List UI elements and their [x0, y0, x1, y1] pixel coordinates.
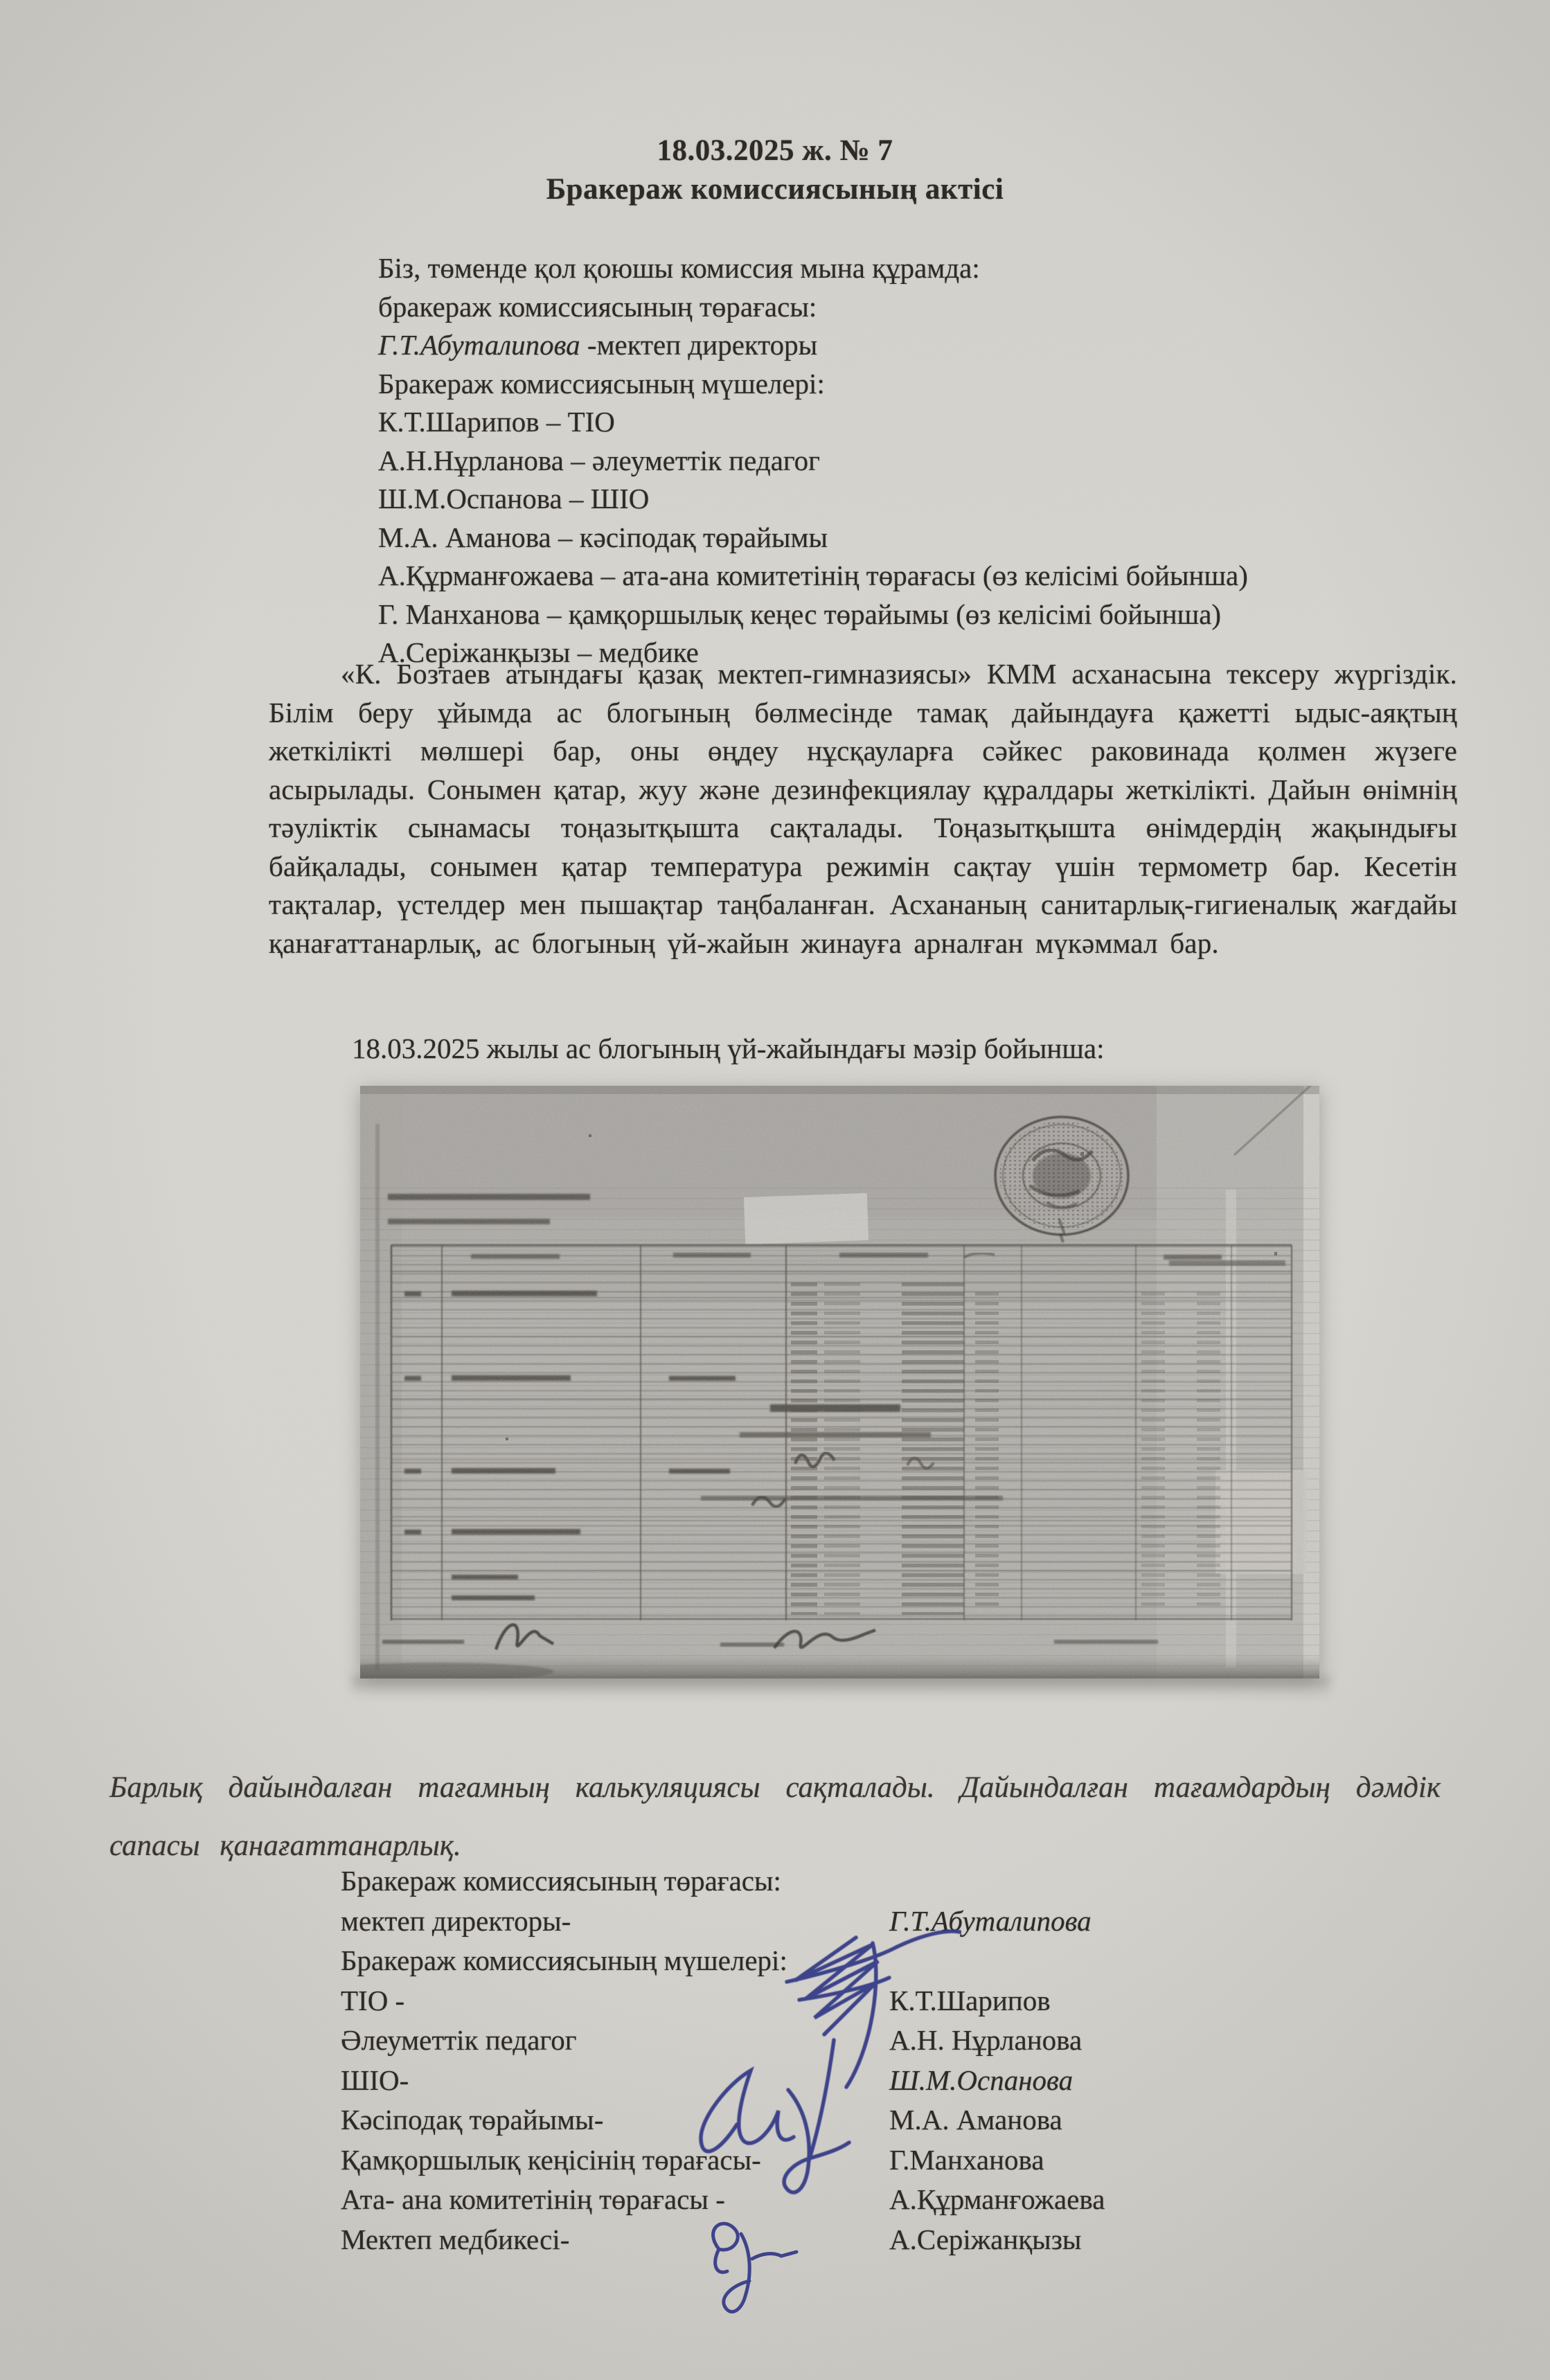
- signature-row: Кәсіподақ төрайымы-М.А. Аманова: [341, 2103, 1283, 2143]
- chair-heading: бракераж комиссиясының төрағасы:: [378, 288, 1459, 327]
- member-line: А.Н.Нұрланова – әлеуметтік педагог: [378, 442, 1459, 481]
- scan-drop-shadow: [352, 1676, 1330, 1697]
- role-label: Қамқоршылық кеңісінің төрағасы-: [341, 2144, 761, 2176]
- signature-row: ТІО -К.Т.Шарипов: [341, 1984, 1283, 2024]
- signature-row: Мектеп медбикесі-А.Серіжанқызы: [341, 2223, 1283, 2263]
- role-label: Бракераж комиссиясының мүшелері:: [341, 1944, 787, 1976]
- chair-role: -мектеп директоры: [580, 329, 818, 361]
- signer-name: А.Серіжанқызы: [889, 2223, 1081, 2256]
- signature-row: мектеп директоры-Г.Т.Абуталипова: [341, 1904, 1283, 1944]
- role-label: ШІО-: [341, 2064, 409, 2096]
- signer-name: А.Құрманғожаева: [889, 2183, 1105, 2216]
- member-line: А.Құрманғожаева – ата-ана комитетінің тө…: [378, 557, 1459, 596]
- role-label: Кәсіподақ төрайымы-: [341, 2104, 603, 2136]
- scan-noise: [360, 1086, 1319, 1679]
- document-date-number: 18.03.2025 ж. № 7: [0, 132, 1550, 170]
- document-header: 18.03.2025 ж. № 7 Бракераж комиссиясының…: [0, 132, 1550, 209]
- signer-name: А.Н. Нұрланова: [889, 2023, 1082, 2057]
- signature-row: Бракераж комиссиясының төрағасы:: [341, 1864, 1283, 1904]
- signature-row: ШІО-Ш.М.Оспанова: [341, 2064, 1283, 2104]
- signer-name: К.Т.Шарипов: [889, 1984, 1051, 2017]
- member-line: К.Т.Шарипов – ТІО: [378, 403, 1459, 442]
- role-label: Мектеп медбикесі-: [341, 2224, 569, 2255]
- chair-name: Г.Т.Абуталипова: [378, 329, 580, 361]
- role-label: Әлеуметтік педагог: [341, 2024, 577, 2056]
- document-title: Бракераж комиссиясының актісі: [0, 170, 1550, 209]
- signature-row: Әлеуметтік педагогА.Н. Нұрланова: [341, 2023, 1283, 2064]
- member-line: М.А. Аманова – кәсіподақ төрайымы: [378, 519, 1459, 557]
- signer-name: Г.Манханова: [889, 2143, 1044, 2176]
- inspection-paragraph: «К. Бозтаев атындағы қазақ мектеп-гимназ…: [269, 655, 1457, 963]
- scanned-menu-document: [360, 1086, 1319, 1679]
- role-label: Ата- ана комитетінің төрағасы -: [341, 2183, 725, 2215]
- member-line: Ш.М.Оспанова – ШІО: [378, 480, 1459, 519]
- members-heading: Бракераж комиссиясының мүшелері:: [378, 365, 1459, 404]
- signer-name: М.А. Аманова: [889, 2103, 1062, 2136]
- signature-row: Қамқоршылық кеңісінің төрағасы-Г.Манхано…: [341, 2143, 1283, 2183]
- signature-row: Ата- ана комитетінің төрағасы -А.Құрманғ…: [341, 2183, 1283, 2223]
- scanned-menu-image: [360, 1086, 1319, 1679]
- role-label: Бракераж комиссиясының төрағасы:: [341, 1865, 781, 1897]
- signer-name: Ш.М.Оспанова: [889, 2064, 1073, 2097]
- opening-line: Біз, төменде қол қоюшы комиссия мына құр…: [378, 249, 1459, 288]
- signature-row: Бракераж комиссиясының мүшелері:: [341, 1944, 1283, 1984]
- commission-composition: Біз, төменде қол қоюшы комиссия мына құр…: [378, 249, 1459, 672]
- signer-name: Г.Т.Абуталипова: [889, 1904, 1092, 1938]
- menu-date-line: 18.03.2025 жылы ас блогының үй-жайындағы…: [352, 1032, 1105, 1065]
- role-label: ТІО -: [341, 1985, 404, 2016]
- tasting-note: Барлық дайындалған тағамның калькуляцияс…: [109, 1759, 1441, 1875]
- document-page: 18.03.2025 ж. № 7 Бракераж комиссиясының…: [0, 0, 1550, 2380]
- signature-roster: Бракераж комиссиясының төрағасы: мектеп …: [341, 1864, 1283, 2262]
- member-line: Г. Манханова – қамқоршылық кеңес төрайым…: [378, 596, 1459, 634]
- chair-line: Г.Т.Абуталипова -мектеп директоры: [378, 326, 1459, 365]
- role-label: мектеп директоры-: [341, 1905, 571, 1937]
